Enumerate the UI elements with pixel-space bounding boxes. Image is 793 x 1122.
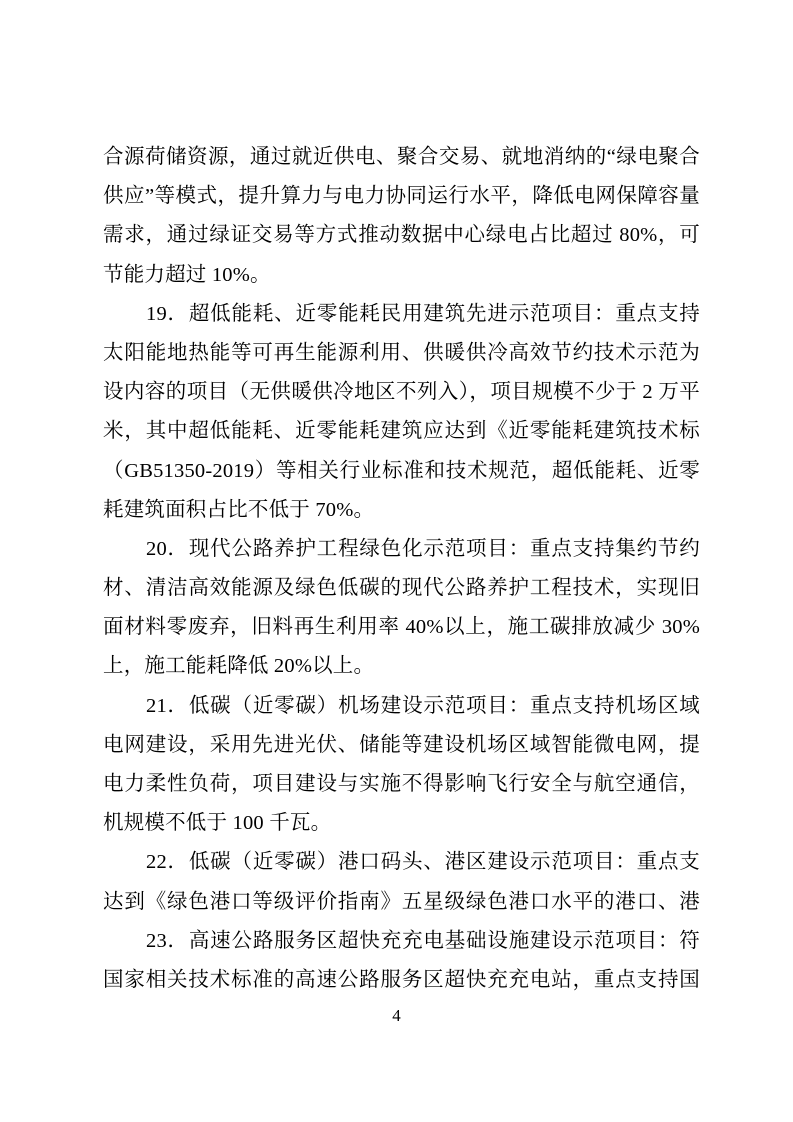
text-line: 节能力超过 10%。 — [103, 256, 700, 295]
text-line: 21．低碳（近零碳）机场建设示范项目：重点支持机场区域微 — [103, 687, 700, 726]
text-line: 材、清洁高效能源及绿色低碳的现代公路养护工程技术，实现旧路 — [103, 569, 700, 608]
text-line: 22．低碳（近零碳）港口码头、港区建设示范项目：重点支持 — [103, 843, 700, 882]
text-line: 供应”等模式，提升算力与电力协同运行水平，降低电网保障容量 — [103, 177, 700, 216]
text-line: 23．高速公路服务区超快充充电基础设施建设示范项目：符合 — [103, 922, 700, 961]
text-line: 19．超低能耗、近零能耗民用建筑先进示范项目：重点支持以 — [103, 295, 700, 334]
text-line: 需求，通过绿证交易等方式推动数据中心绿电占比超过 80%，可调 — [103, 216, 700, 255]
text-line: 国家相关技术标准的高速公路服务区超快充充电站，重点支持国家 — [103, 961, 700, 1000]
text-line: 合源荷储资源，通过就近供电、聚合交易、就地消纳的“绿电聚合 — [103, 138, 700, 177]
document-body: 合源荷储资源，通过就近供电、聚合交易、就地消纳的“绿电聚合供应”等模式，提升算力… — [103, 138, 700, 1000]
text-line: 面材料零废弃，旧料再生利用率 40%以上，施工碳排放减少 30%以 — [103, 608, 700, 647]
text-line: 设内容的项目（无供暖供冷地区不列入），项目规模不少于 2 万平 — [103, 373, 700, 412]
text-line: 20．现代公路养护工程绿色化示范项目：重点支持集约节约用 — [103, 530, 700, 569]
text-line: 上，施工能耗降低 20%以上。 — [103, 647, 700, 686]
text-line: 太阳能地热能等可再生能源利用、供暖供冷高效节约技术示范为建 — [103, 334, 700, 373]
text-line: 米，其中超低能耗、近零能耗建筑应达到《近零能耗建筑技术标准》 — [103, 412, 700, 451]
page-number: 4 — [0, 1001, 793, 1031]
text-line: 达到《绿色港口等级评价指南》五星级绿色港口水平的港口、港区。 — [103, 883, 700, 922]
page: 合源荷储资源，通过就近供电、聚合交易、就地消纳的“绿电聚合供应”等模式，提升算力… — [0, 0, 793, 1122]
text-line: 机规模不低于 100 千瓦。 — [103, 804, 700, 843]
text-line: 耗建筑面积占比不低于 70%。 — [103, 491, 700, 530]
text-line: （GB51350-2019）等相关行业标准和技术规范，超低能耗、近零能 — [103, 452, 700, 491]
text-line: 电网建设，采用先进光伏、储能等建设机场区域智能微电网，提高 — [103, 726, 700, 765]
text-line: 电力柔性负荷，项目建设与实施不得影响飞行安全与航空通信，装 — [103, 765, 700, 804]
